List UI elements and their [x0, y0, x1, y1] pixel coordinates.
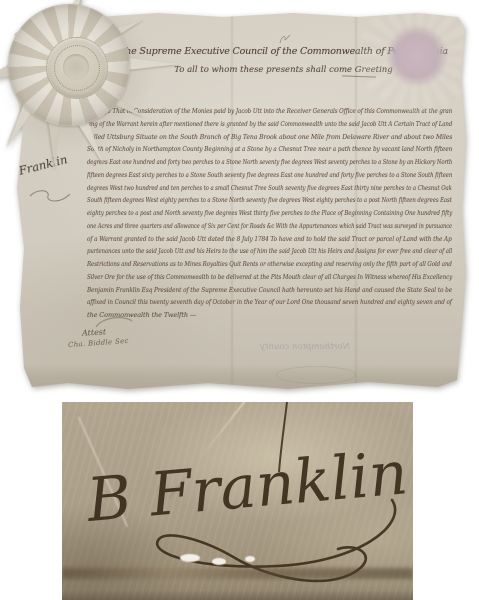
fold-shadow	[18, 364, 459, 390]
faint-oval-mark	[276, 366, 356, 384]
seal-embossed-disc	[46, 37, 108, 99]
document-photo: The Supreme Executive Council of the Com…	[0, 0, 479, 402]
bleedthrough-text: Northampton county	[220, 342, 350, 352]
franklin-signature-text: B Franklin	[83, 438, 410, 536]
body-line: purtenances unto the said Jacob Utt and …	[87, 247, 452, 255]
secretary-signature: Cha. Biddle Sec	[68, 337, 129, 349]
auction-photo-page: The Supreme Executive Council of the Com…	[0, 0, 479, 600]
body-line: affixed in Council this twenty seventh d…	[87, 298, 452, 306]
body-line: Benjamin Franklin Esq President of the S…	[87, 286, 452, 294]
body-line: Restrictions and Reservations as to Mine…	[87, 260, 452, 268]
body-line: South fifteen degrees West eighty perche…	[87, 196, 452, 204]
damage-spot	[212, 558, 226, 565]
edge-shadow	[62, 590, 413, 600]
stain-mark	[62, 568, 413, 579]
damage-spot	[180, 554, 200, 562]
body-line: eighty perches to a post and North seven…	[87, 209, 452, 217]
ink-mark	[278, 30, 292, 49]
wafer-seal	[387, 26, 447, 86]
seal-embossed-core	[63, 54, 89, 80]
body-line: of a Warrant granted to the said Jacob U…	[87, 235, 452, 243]
body-line: Silver Ore for the use of this Commonwea…	[87, 273, 452, 281]
signature-closeup-photo: B Franklin	[62, 402, 413, 600]
damage-spot	[245, 556, 255, 562]
body-line: one Acres and three quarters and allowan…	[87, 222, 452, 230]
attest-label: Attest	[82, 327, 107, 337]
seal-pleats	[8, 4, 130, 126]
embossed-seal	[2, 2, 202, 192]
